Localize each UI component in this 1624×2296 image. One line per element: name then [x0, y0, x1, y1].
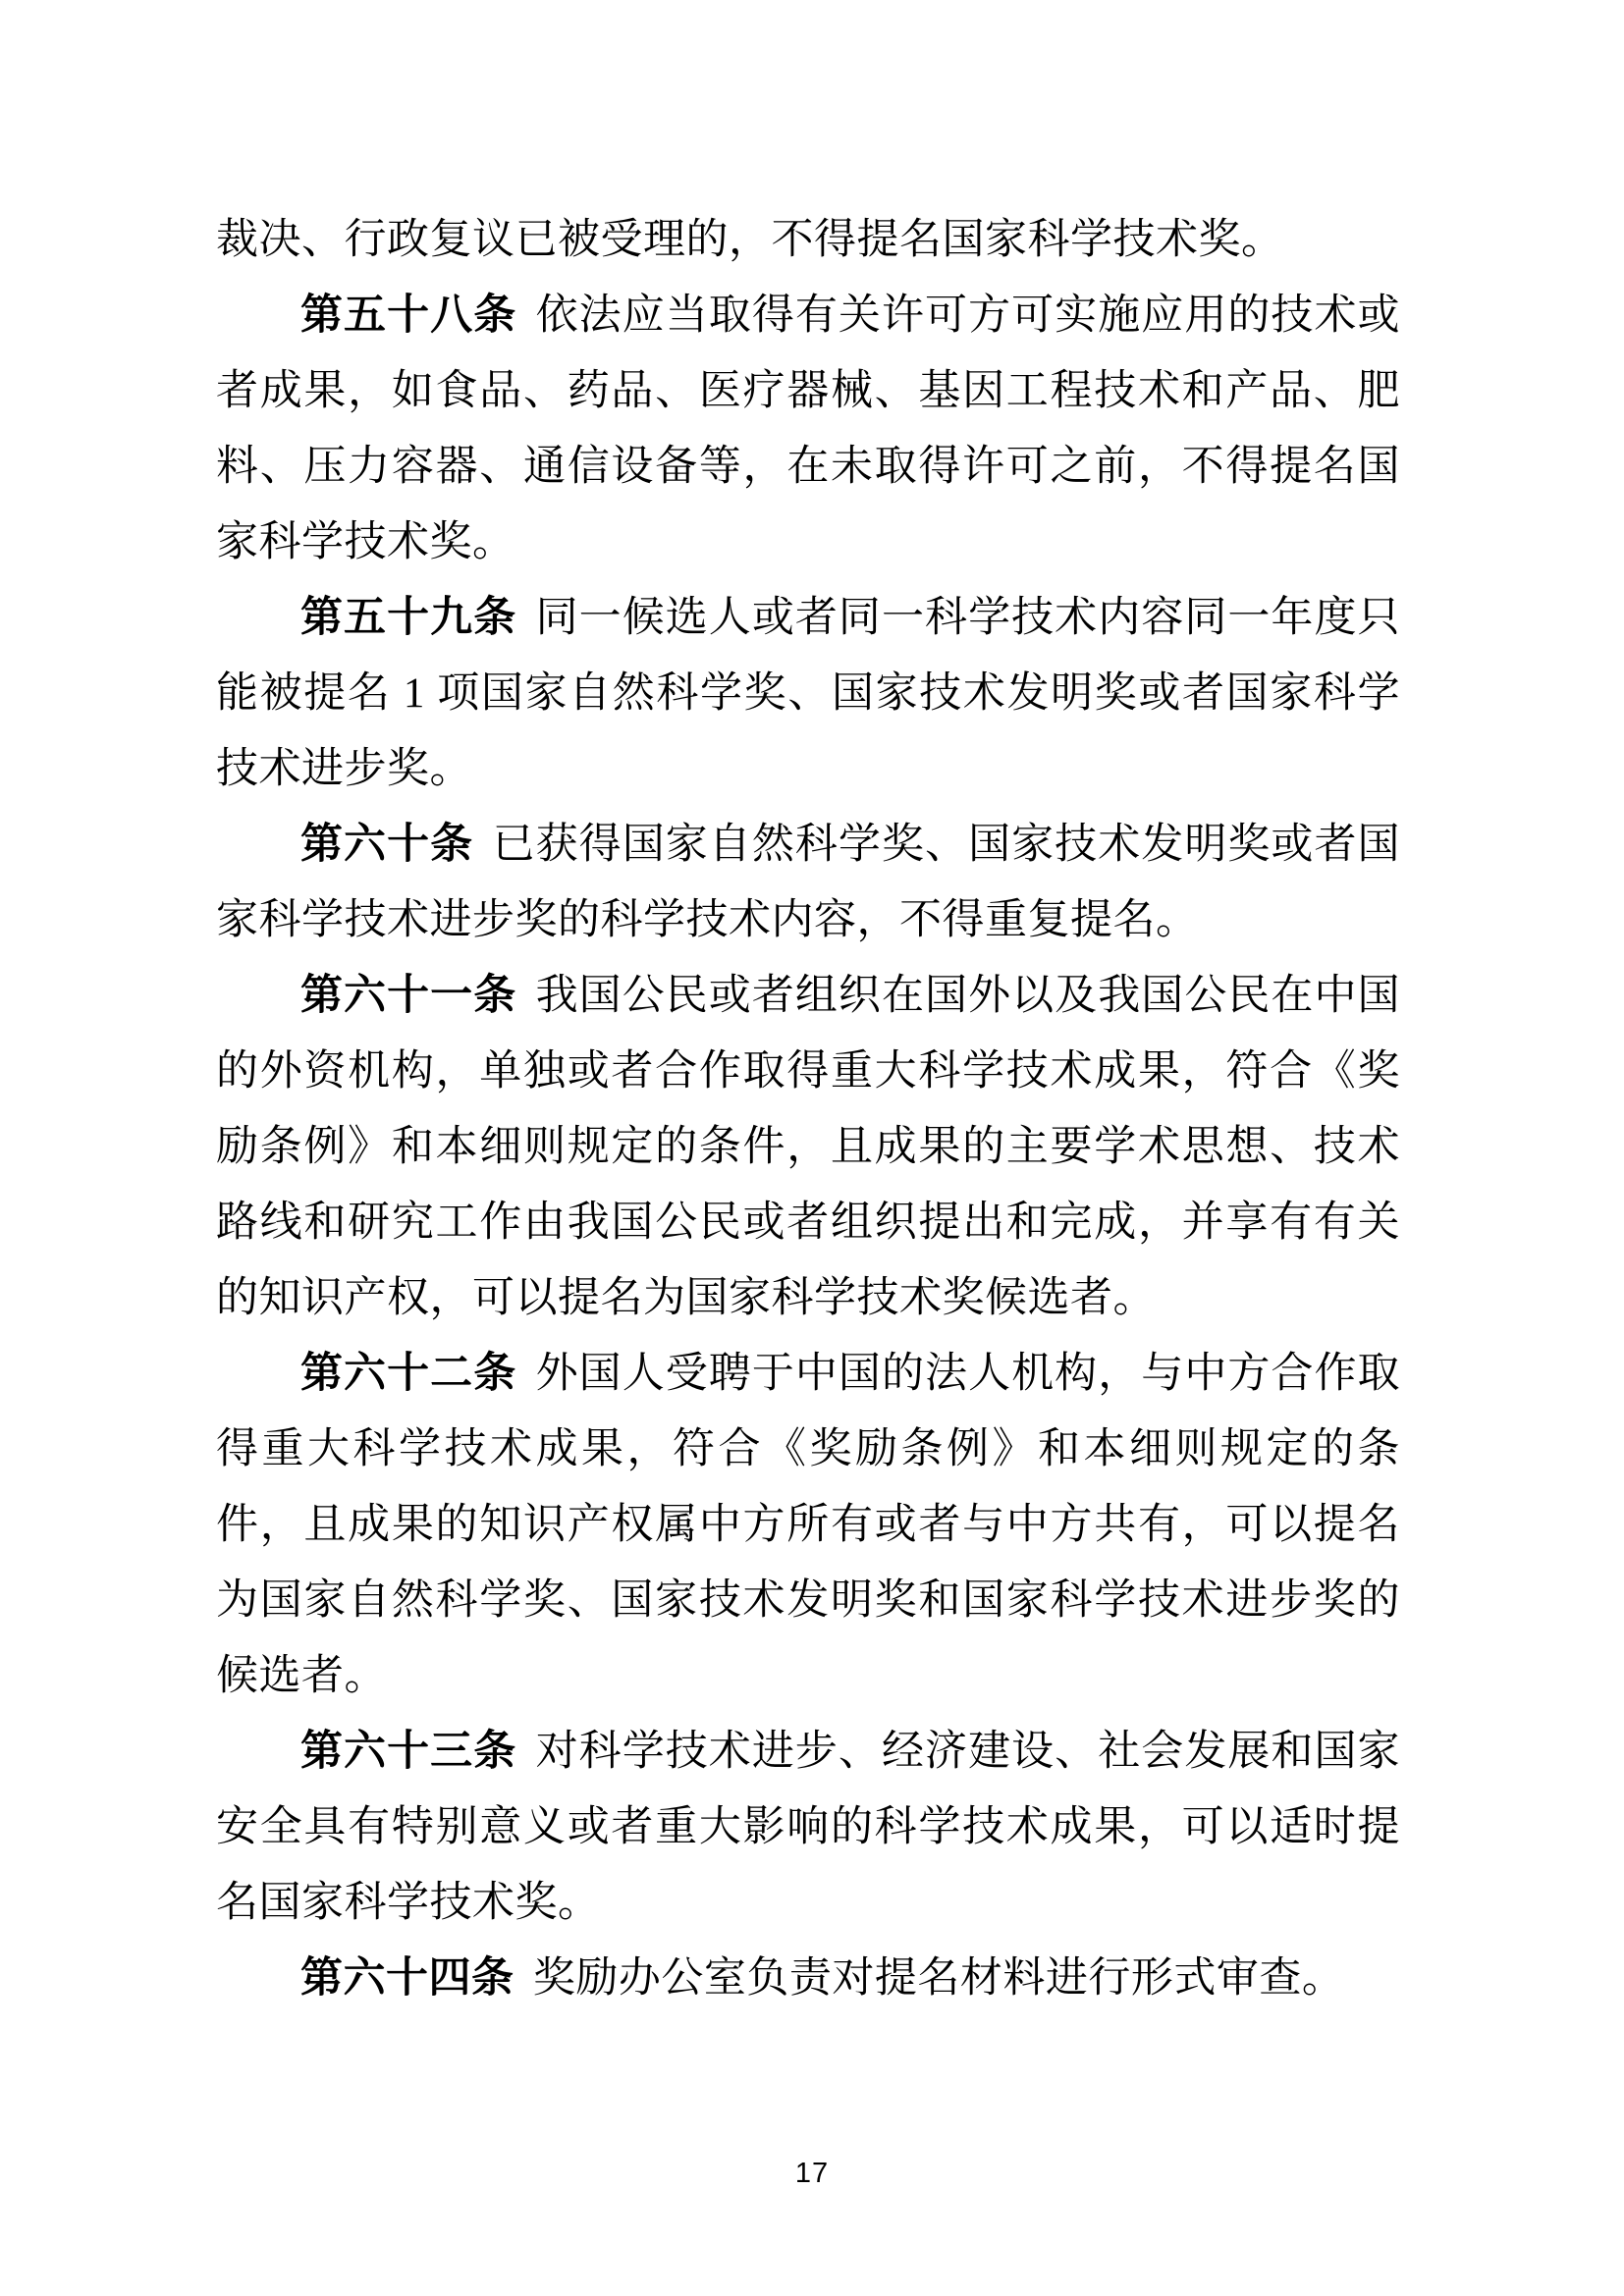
- paragraph: 第六十三条对科学技术进步、经济建设、社会发展和国家安全具有特别意义或者重大影响的…: [216, 1714, 1400, 1941]
- article-number: 第五十九条: [300, 595, 516, 641]
- page-number: 17: [0, 2158, 1624, 2190]
- document-body: 裁决、行政复议已被受理的，不得提名国家科学技术奖。 第五十八条依法应当取得有关许…: [216, 202, 1400, 2016]
- paragraph: 第五十九条同一候选人或者同一科学技术内容同一年度只能被提名 1 项国家自然科学奖…: [216, 580, 1400, 807]
- paragraph: 第六十条已获得国家自然科学奖、国家技术发明奖或者国家科学技术进步奖的科学技术内容…: [216, 807, 1400, 958]
- paragraph: 第六十四条奖励办公室负责对提名材料进行形式审查。: [216, 1941, 1400, 2016]
- article-number: 第六十四条: [300, 1955, 514, 2002]
- article-number: 第五十八条: [300, 293, 516, 339]
- paragraph-text: 奖励办公室负责对提名材料进行形式审查。: [533, 1955, 1345, 2002]
- paragraph-text: 裁决、行政复议已被受理的，不得提名国家科学技术奖。: [216, 217, 1284, 263]
- article-number: 第六十一条: [300, 973, 516, 1019]
- paragraph-text: 我国公民或者组织在国外以及我国公民在中国的外资机构，单独或者合作取得重大科学技术…: [216, 973, 1400, 1321]
- paragraph: 第五十八条依法应当取得有关许可方可实施应用的技术或者成果，如食品、药品、医疗器械…: [216, 278, 1400, 580]
- article-number: 第六十三条: [300, 1729, 516, 1775]
- paragraph: 第六十一条我国公民或者组织在国外以及我国公民在中国的外资机构，单独或者合作取得重…: [216, 958, 1400, 1336]
- paragraph-text: 外国人受聘于中国的法人机构，与中方合作取得重大科学技术成果，符合《奖励条例》和本…: [216, 1351, 1400, 1699]
- article-number: 第六十二条: [300, 1351, 516, 1397]
- paragraph: 裁决、行政复议已被受理的，不得提名国家科学技术奖。: [216, 202, 1400, 278]
- article-number: 第六十条: [300, 822, 473, 868]
- paragraph: 第六十二条外国人受聘于中国的法人机构，与中方合作取得重大科学技术成果，符合《奖励…: [216, 1336, 1400, 1714]
